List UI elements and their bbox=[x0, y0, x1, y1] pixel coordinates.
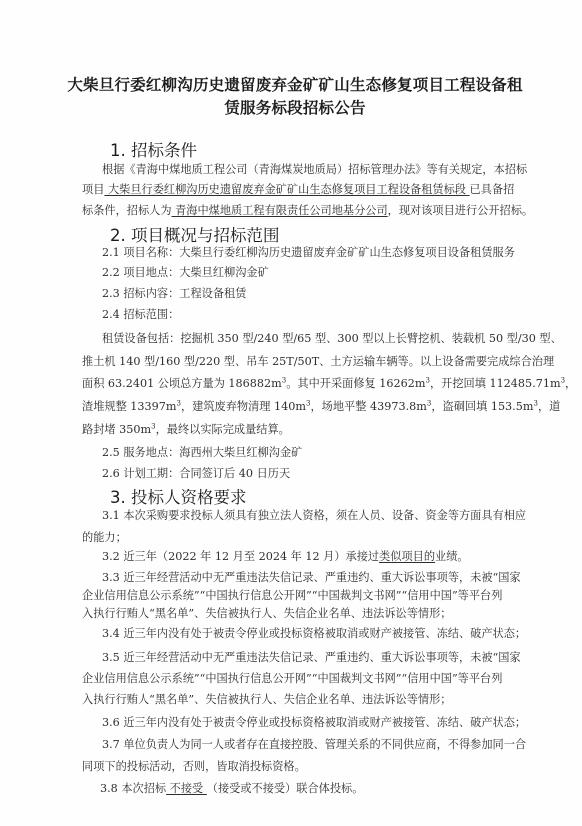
text: 已具备招 bbox=[470, 183, 515, 196]
item-3-7-line-2: 同项下的投标活动，否则，皆取消投标资格。 bbox=[82, 760, 306, 774]
text: 项目 bbox=[82, 183, 104, 196]
text: 渣堆规整 13397m bbox=[82, 400, 177, 413]
text: （接受或不接受）联合体投标。 bbox=[207, 782, 364, 795]
item-3-6: 3.6 近三年内没有处于被责令停业或投标资格被取消或财产被接管、冻结、破产状态； bbox=[102, 716, 526, 730]
item-3-8: 3.8 本次招标 不接受 （接受或不接受）联合体投标。 bbox=[100, 782, 363, 796]
similar-projects-underlined: 类似项目的 bbox=[379, 550, 435, 563]
item-3-4: 3.4 近三年内没有处于被责令停业或投标资格被取消或财产被接管、冻结、破产状态； bbox=[102, 627, 526, 641]
item-3-3-line-2: 企业信用信息公示系统”“中国执行信息公开网”“中国裁判文书网”“信用中国”等平台… bbox=[82, 589, 502, 603]
text: ，现对该项目进行公开招标。 bbox=[388, 204, 533, 217]
item-2-2: 2.2 项目地点：大柴旦红柳沟金矿 bbox=[102, 266, 269, 280]
document-title-line-1: 大柴旦行委红柳沟历史遗留废弃金矿矿山生态修复项目工程设备租 bbox=[60, 73, 530, 95]
scope-line-4: 渣堆规整 13397m3，建筑废弃物清理 140m3，场地平整 43973.8m… bbox=[82, 400, 560, 414]
text: 路封堵 350m bbox=[82, 423, 151, 436]
text: ，开挖回填 112485.71m bbox=[430, 377, 561, 390]
item-3-3-line-1: 3.3 近三年经营活动中无严重违法失信记录、严重违约、重大诉讼事项等，未被“国家 bbox=[102, 571, 521, 585]
item-3-7-line-1: 3.7 单位负责人为同一人或者存在直接控股、管理关系的不同供应商，不得参加同一合 bbox=[102, 738, 526, 752]
text: ，道 bbox=[538, 400, 560, 413]
item-3-1-line-1: 3.1 本次采购要求投标人须具有独立法人资格，须在人员、设备、资金等方面具有相应 bbox=[102, 509, 526, 523]
section-3-heading: 3. 投标人资格要求 bbox=[110, 484, 247, 508]
text: ， bbox=[565, 377, 576, 390]
text: ，场地平整 43973.8m bbox=[310, 400, 426, 413]
item-3-2: 3.2 近三年（2022 年 12 月至 2024 年 12 月）承接过类似项目… bbox=[102, 550, 469, 564]
joint-bid-choice-underlined: 不接受 bbox=[166, 782, 207, 795]
text: 标条件，招标人为 bbox=[82, 204, 172, 217]
tenderer-name-underlined: 青海中煤地质工程有限责任公司地基分公司 bbox=[172, 204, 388, 217]
item-2-3: 2.3 招标内容：工程设备租赁 bbox=[102, 287, 246, 301]
item-3-3-line-3: 入执行行贿人“黑名单”、失信被执行人、失信企业名单、违法诉讼等情形； bbox=[82, 607, 451, 621]
section-1-paragraph-line-1: 根据《青海中煤地质工程公司（青海煤炭地质局）招标管理办法》等有关规定，本招标 bbox=[102, 163, 527, 177]
text: ，盗硐回填 153.5m bbox=[431, 400, 533, 413]
item-3-5-line-3: 入执行行贿人“黑名单”、失信被执行人、失信企业名单、违法诉讼等情形； bbox=[82, 693, 451, 707]
text: 面积 63.2401 公顷总方量为 186882m bbox=[82, 377, 282, 390]
item-2-4: 2.4 招标范围： bbox=[102, 308, 179, 322]
item-2-1: 2.1 项目名称：大柴旦行委红柳沟历史遗留废弃金矿矿山生态修复项目设备租赁服务 bbox=[102, 246, 515, 260]
text: 。其中开采面修复 16262m bbox=[286, 377, 425, 390]
text: 业绩。 bbox=[435, 550, 469, 563]
section-2-heading: 2. 项目概况与招标范围 bbox=[110, 222, 280, 246]
scope-line-3: 面积 63.2401 公顷总方量为 186882m3。其中开采面修复 16262… bbox=[82, 377, 576, 391]
document-page: 大柴旦行委红柳沟历史遗留废弃金矿矿山生态修复项目工程设备租 赁服务标段招标公告 … bbox=[0, 0, 582, 826]
item-3-1-line-2: 的能力； bbox=[82, 531, 127, 545]
item-2-6: 2.6 计划工期：合同签订后 40 日历天 bbox=[102, 467, 290, 481]
text: 3.8 本次招标 bbox=[100, 782, 166, 795]
text: 3.2 近三年（2022 年 12 月至 2024 年 12 月）承接过 bbox=[102, 550, 379, 563]
scope-line-1: 租赁设备包括：挖掘机 350 型/240 型/65 型、300 型以上长臂挖机、… bbox=[102, 332, 562, 346]
project-name-underlined: 大柴旦行委红柳沟历史遗留废弃金矿矿山生态修复项目工程设备租赁标段 bbox=[104, 183, 469, 196]
text: ，最终以实际完成量结算。 bbox=[156, 423, 290, 436]
text: ，建筑废弃物清理 140m bbox=[181, 400, 306, 413]
section-1-heading: 1. 招标条件 bbox=[110, 137, 197, 161]
scope-line-5: 路封堵 350m3，最终以实际完成量结算。 bbox=[82, 423, 290, 437]
item-3-5-line-2: 企业信用信息公示系统”“中国执行信息公开网”“中国裁判文书网”“信用中国”等平台… bbox=[82, 672, 502, 686]
document-title-line-2: 赁服务标段招标公告 bbox=[60, 96, 530, 118]
section-1-paragraph-line-3: 标条件，招标人为 青海中煤地质工程有限责任公司地基分公司，现对该项目进行公开招标… bbox=[82, 204, 533, 218]
scope-line-2: 推土机 140 型/160 型/220 型、吊车 25T/50T、土方运输车辆等… bbox=[82, 355, 554, 369]
item-2-5: 2.5 服务地点：海西州大柴旦红柳沟金矿 bbox=[102, 446, 302, 460]
section-1-paragraph-line-2: 项目 大柴旦行委红柳沟历史遗留废弃金矿矿山生态修复项目工程设备租赁标段 已具备招 bbox=[82, 183, 514, 197]
item-3-5-line-1: 3.5 近三年经营活动中无严重违法失信记录、严重违约、重大诉讼事项等，未被“国家 bbox=[102, 651, 521, 665]
